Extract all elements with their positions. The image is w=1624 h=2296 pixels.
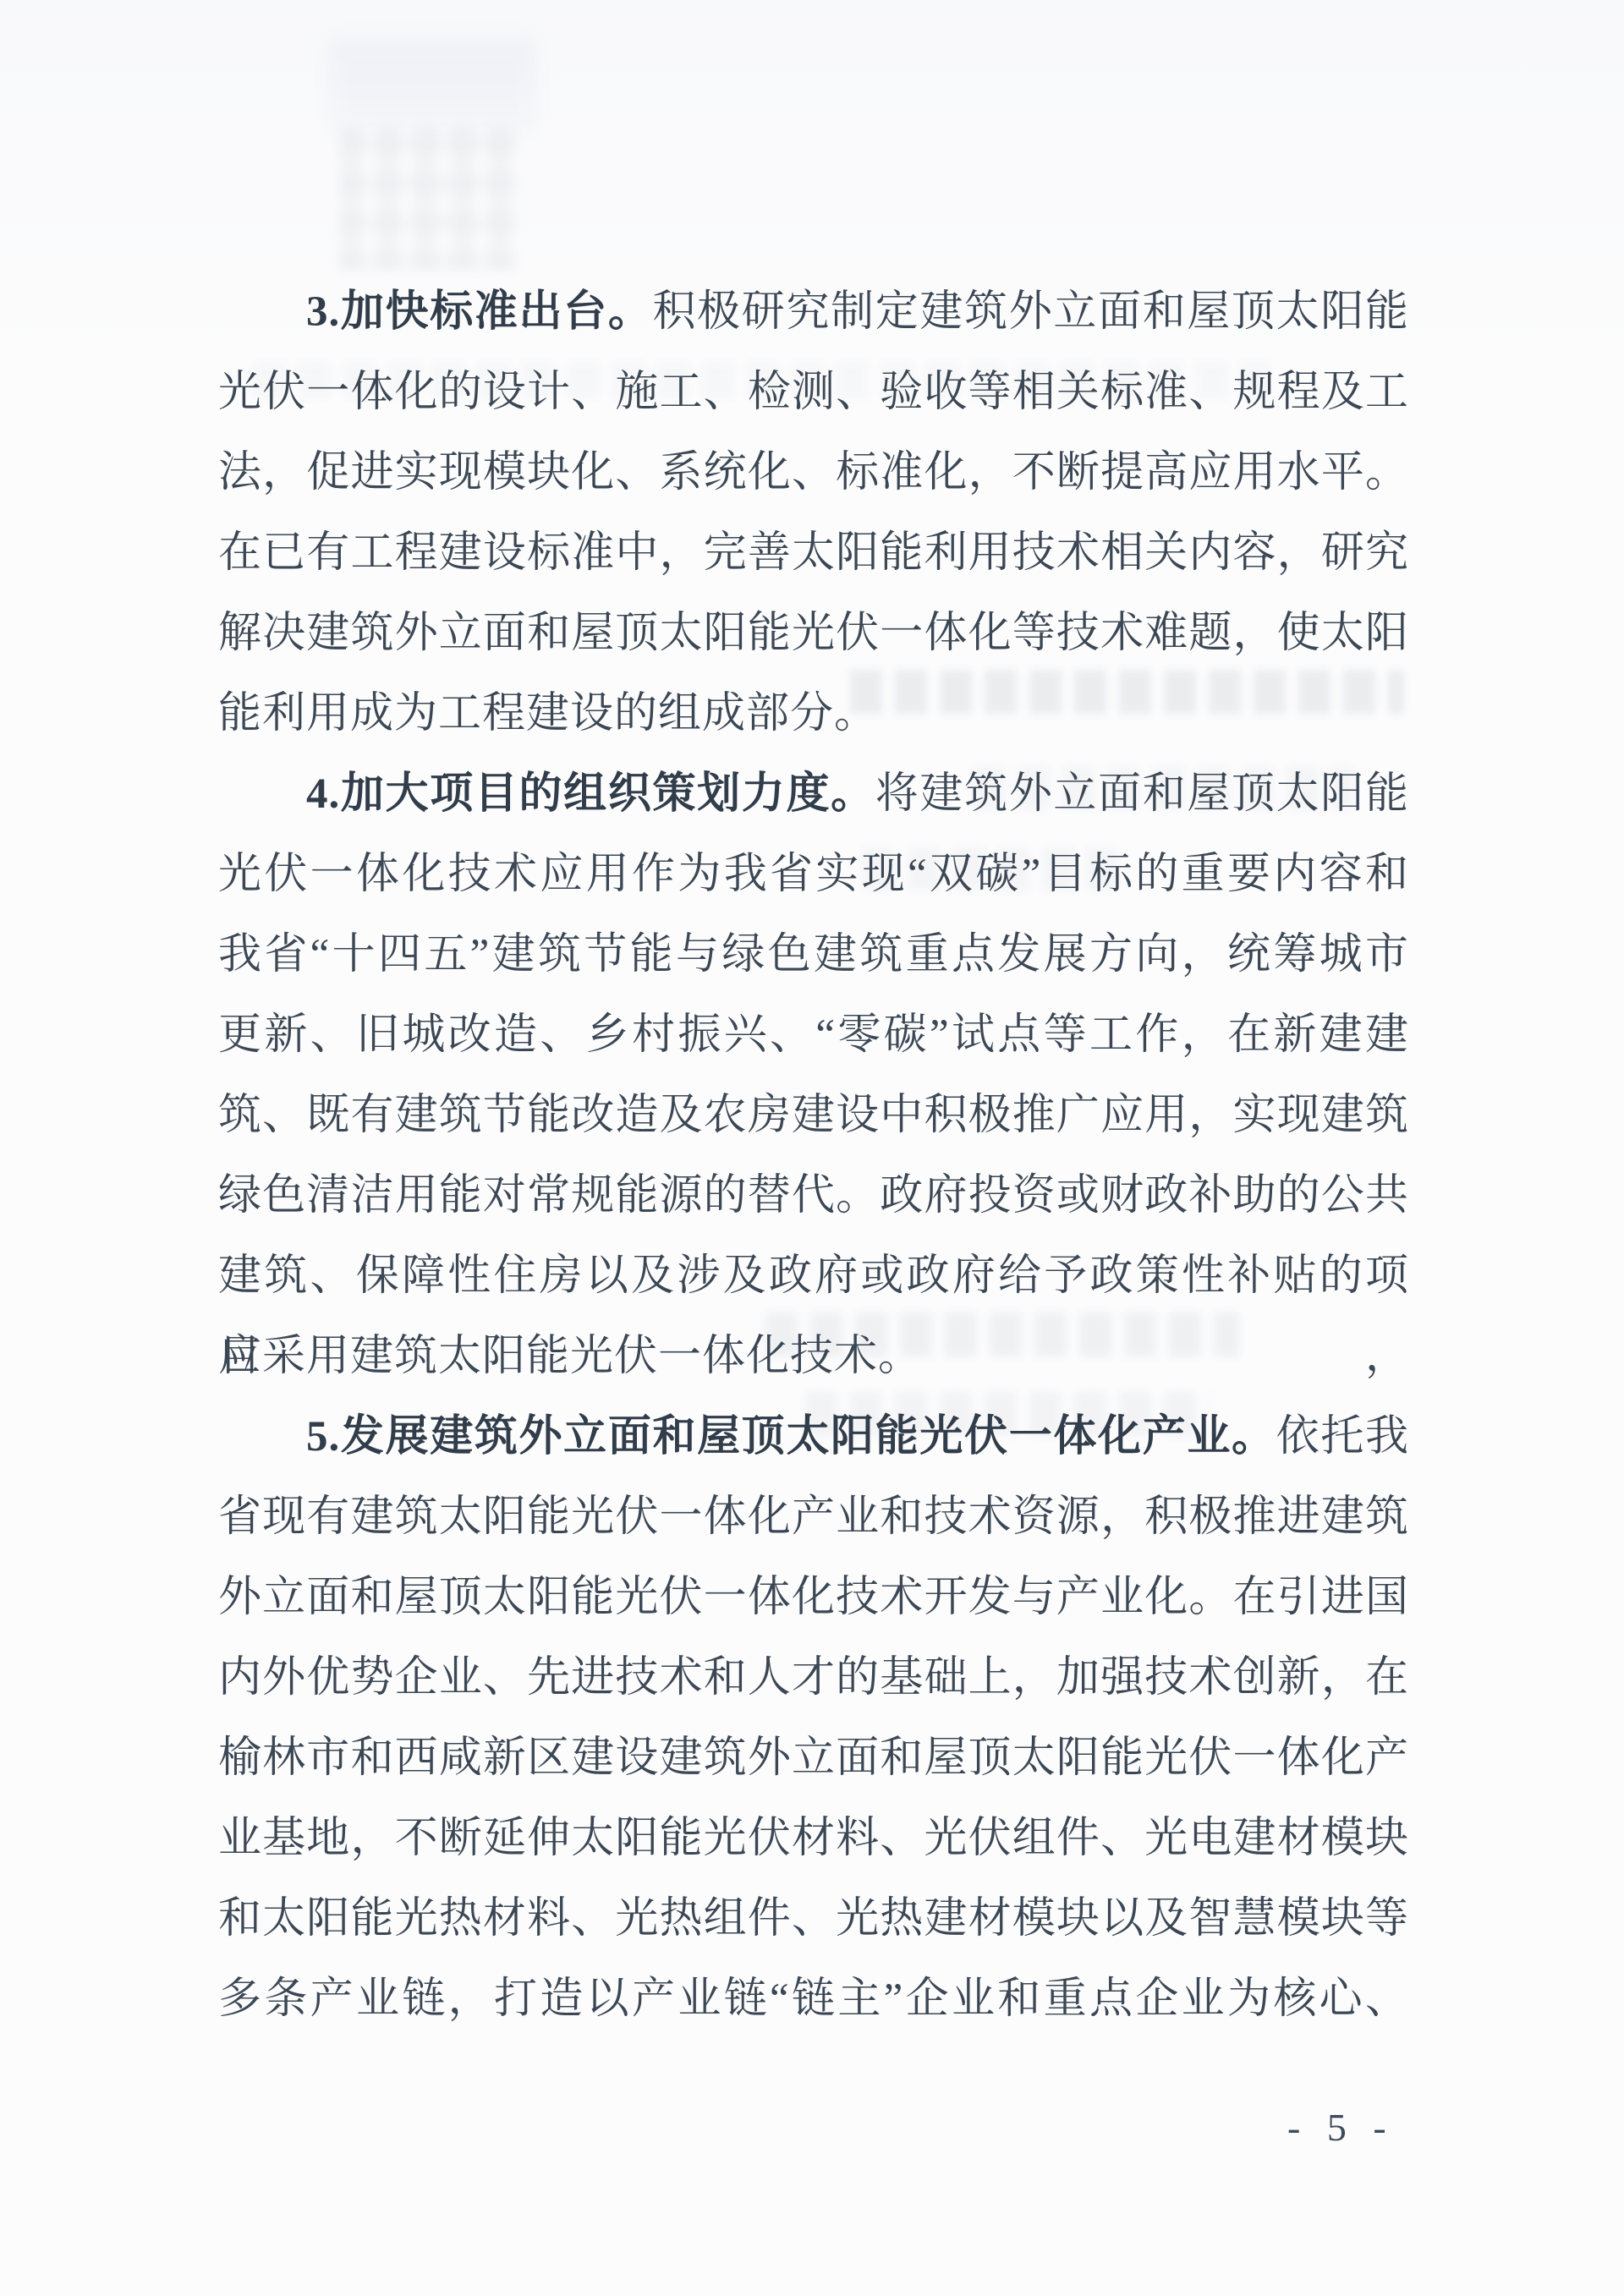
text-line: 在已有工程建设标准中，完善太阳能利用技术相关内容，研究 bbox=[218, 513, 1409, 594]
text-line: 和太阳能光热材料、光热组件、光热建材模块以及智慧模块等 bbox=[218, 1879, 1409, 1959]
text-line: 业基地，不断延伸太阳能光伏材料、光伏组件、光电建材模块 bbox=[218, 1799, 1409, 1879]
text-line: 解决建筑外立面和屋顶太阳能光伏一体化等技术难题，使太阳 bbox=[218, 594, 1409, 674]
body-text: 能利用成为工程建设的组成部分。 bbox=[218, 690, 878, 737]
text-line: 省现有建筑太阳能光伏一体化产业和技术资源，积极推进建筑 bbox=[218, 1477, 1409, 1558]
body-text: 省现有建筑太阳能光伏一体化产业和技术资源，积极推进建筑 bbox=[218, 1493, 1409, 1541]
section-4-heading: 4.加大项目的组织策划力度。 bbox=[306, 770, 875, 818]
body-text: 积极研究制定建筑外立面和屋顶太阳能 bbox=[653, 288, 1409, 336]
body-text: 解决建筑外立面和屋顶太阳能光伏一体化等技术难题，使太阳 bbox=[218, 610, 1409, 657]
text-line: 5.发展建筑外立面和屋顶太阳能光伏一体化产业。依托我 bbox=[218, 1397, 1409, 1477]
text-line: 外立面和屋顶太阳能光伏一体化技术开发与产业化。在引进国 bbox=[218, 1558, 1409, 1638]
body-text: 光伏一体化的设计、施工、检测、验收等相关标准、规程及工 bbox=[218, 369, 1409, 416]
text-line: 筑、既有建筑节能改造及农房建设中积极推广应用，实现建筑 bbox=[218, 1076, 1409, 1156]
text-line: 光伏一体化技术应用作为我省实现“双碳”目标的重要内容和 bbox=[218, 835, 1409, 915]
text-line: 4.加大项目的组织策划力度。将建筑外立面和屋顶太阳能 bbox=[218, 754, 1409, 835]
text-line: 建筑、保障性住房以及涉及政府或政府给予政策性补贴的项目， bbox=[218, 1236, 1409, 1317]
body-text: 光伏一体化技术应用作为我省实现“双碳”目标的重要内容和 bbox=[218, 851, 1409, 898]
text-line: 更新、旧城改造、乡村振兴、“零碳”试点等工作，在新建建 bbox=[218, 995, 1409, 1076]
body-text: 业基地，不断延伸太阳能光伏材料、光伏组件、光电建材模块 bbox=[218, 1815, 1409, 1862]
body-text: 内外优势企业、先进技术和人才的基础上，加强技术创新，在 bbox=[218, 1654, 1409, 1701]
body-text: 多条产业链，打造以产业链“链主”企业和重点企业为核心、 bbox=[218, 1975, 1409, 2023]
page-number: - 5 - bbox=[1287, 2102, 1395, 2153]
text-line: 我省“十四五”建筑节能与绿色建筑重点发展方向，统筹城市 bbox=[218, 915, 1409, 995]
body-text: 外立面和屋顶太阳能光伏一体化技术开发与产业化。在引进国 bbox=[218, 1574, 1409, 1621]
body-text: 依托我 bbox=[1276, 1413, 1409, 1460]
section-5-heading: 5.发展建筑外立面和屋顶太阳能光伏一体化产业。 bbox=[306, 1413, 1276, 1460]
text-line: 3.加快标准出台。积极研究制定建筑外立面和屋顶太阳能 bbox=[218, 272, 1409, 353]
body-text: 法，促进实现模块化、系统化、标准化，不断提高应用水平。 bbox=[218, 449, 1409, 496]
body-text: 我省“十四五”建筑节能与绿色建筑重点发展方向，统筹城市 bbox=[218, 931, 1409, 978]
text-line: 光伏一体化的设计、施工、检测、验收等相关标准、规程及工 bbox=[218, 353, 1409, 433]
body-text: 在已有工程建设标准中，完善太阳能利用技术相关内容，研究 bbox=[218, 529, 1409, 577]
body-text: 将建筑外立面和屋顶太阳能 bbox=[875, 770, 1409, 818]
body-text: 绿色清洁用能对常规能源的替代。政府投资或财政补助的公共 bbox=[218, 1172, 1409, 1219]
text-line: 榆林市和西咸新区建设建筑外立面和屋顶太阳能光伏一体化产 bbox=[218, 1718, 1409, 1799]
scanned-document-page: 3.加快标准出台。积极研究制定建筑外立面和屋顶太阳能 光伏一体化的设计、施工、检… bbox=[0, 0, 1624, 2296]
section-3-heading: 3.加快标准出台。 bbox=[306, 288, 653, 336]
body-text: 更新、旧城改造、乡村振兴、“零碳”试点等工作，在新建建 bbox=[218, 1011, 1409, 1059]
text-line: 能利用成为工程建设的组成部分。 bbox=[218, 674, 1409, 754]
text-line: 内外优势企业、先进技术和人才的基础上，加强技术创新，在 bbox=[218, 1638, 1409, 1718]
body-text: 和太阳能光热材料、光热组件、光热建材模块以及智慧模块等 bbox=[218, 1895, 1409, 1943]
ink-bleed-smudge bbox=[340, 127, 518, 271]
text-line: 多条产业链，打造以产业链“链主”企业和重点企业为核心、 bbox=[218, 1959, 1409, 2040]
ink-bleed-smudge bbox=[328, 39, 536, 134]
document-body: 3.加快标准出台。积极研究制定建筑外立面和屋顶太阳能 光伏一体化的设计、施工、检… bbox=[218, 272, 1409, 2040]
text-line: 绿色清洁用能对常规能源的替代。政府投资或财政补助的公共 bbox=[218, 1156, 1409, 1236]
body-text: 应采用建筑太阳能光伏一体化技术。 bbox=[218, 1333, 922, 1380]
body-text: 筑、既有建筑节能改造及农房建设中积极推广应用，实现建筑 bbox=[218, 1092, 1409, 1139]
text-line: 法，促进实现模块化、系统化、标准化，不断提高应用水平。 bbox=[218, 433, 1409, 513]
body-text: 榆林市和西咸新区建设建筑外立面和屋顶太阳能光伏一体化产 bbox=[218, 1734, 1409, 1782]
